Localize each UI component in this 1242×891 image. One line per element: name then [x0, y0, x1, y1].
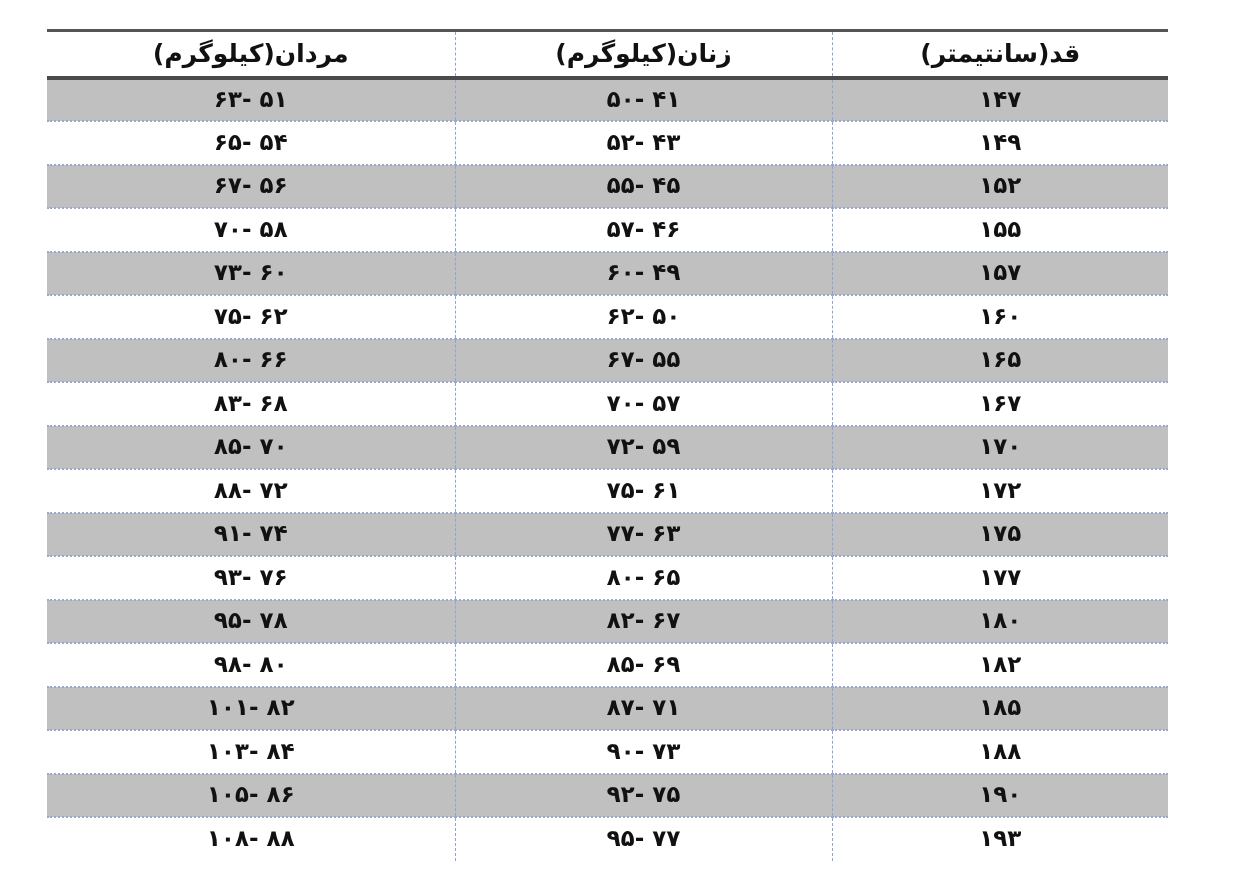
cell-height: ۱۷۲	[832, 469, 1168, 513]
table-body: ۱۴۷۴۱ -۵۰۵۱ -۶۳ ۱۴۹۴۳ -۵۲۵۴ -۶۵ ۱۵۲۴۵ -۵…	[47, 78, 1168, 861]
weight-height-table-container: قد(سانتیمتر) زنان(کیلوگرم) مردان(کیلوگرم…	[47, 29, 1168, 861]
cell-women: ۷۳ -۹۰	[455, 730, 832, 774]
table-row: ۱۷۷۶۵ -۸۰۷۶ -۹۳	[47, 556, 1168, 600]
table-row: ۱۷۵۶۳ -۷۷۷۴ -۹۱	[47, 513, 1168, 557]
table-row: ۱۵۵۴۶ -۵۷۵۸ -۷۰	[47, 208, 1168, 252]
cell-men: ۶۰ -۷۳	[47, 252, 455, 296]
cell-men: ۵۴ -۶۵	[47, 121, 455, 165]
cell-height: ۱۹۳	[832, 817, 1168, 861]
cell-men: ۷۰ -۸۵	[47, 426, 455, 470]
table-row: ۱۶۷۵۷ -۷۰۶۸ -۸۳	[47, 382, 1168, 426]
table-row: ۱۵۲۴۵ -۵۵۵۶ -۶۷	[47, 165, 1168, 209]
table-row: ۱۵۷۴۹ -۶۰۶۰ -۷۳	[47, 252, 1168, 296]
header-height-cm: قد(سانتیمتر)	[832, 31, 1168, 78]
cell-height: ۱۵۷	[832, 252, 1168, 296]
table-row: ۱۴۷۴۱ -۵۰۵۱ -۶۳	[47, 78, 1168, 122]
cell-height: ۱۶۷	[832, 382, 1168, 426]
cell-height: ۱۷۰	[832, 426, 1168, 470]
cell-men: ۸۸ -۱۰۸	[47, 817, 455, 861]
cell-women: ۴۳ -۵۲	[455, 121, 832, 165]
cell-men: ۶۲ -۷۵	[47, 295, 455, 339]
table-row: ۱۶۵۵۵ -۶۷۶۶ -۸۰	[47, 339, 1168, 383]
table-row: ۱۹۰۷۵ -۹۲۸۶ -۱۰۵	[47, 774, 1168, 818]
cell-height: ۱۴۷	[832, 78, 1168, 122]
table-header: قد(سانتیمتر) زنان(کیلوگرم) مردان(کیلوگرم…	[47, 31, 1168, 78]
cell-women: ۵۹ -۷۲	[455, 426, 832, 470]
cell-women: ۷۱ -۸۷	[455, 687, 832, 731]
table-row: ۱۹۳۷۷ -۹۵۸۸ -۱۰۸	[47, 817, 1168, 861]
cropped-text-line	[454, 884, 1234, 891]
cell-height: ۱۶۰	[832, 295, 1168, 339]
cell-men: ۸۲ -۱۰۱	[47, 687, 455, 731]
cell-height: ۱۸۰	[832, 600, 1168, 644]
cell-women: ۴۱ -۵۰	[455, 78, 832, 122]
table-row: ۱۴۹۴۳ -۵۲۵۴ -۶۵	[47, 121, 1168, 165]
cell-women: ۷۵ -۹۲	[455, 774, 832, 818]
cell-women: ۶۷ -۸۲	[455, 600, 832, 644]
cell-height: ۱۵۲	[832, 165, 1168, 209]
cell-women: ۵۷ -۷۰	[455, 382, 832, 426]
table-row: ۱۷۲۶۱ -۷۵۷۲ -۸۸	[47, 469, 1168, 513]
cell-men: ۶۸ -۸۳	[47, 382, 455, 426]
cell-women: ۵۵ -۶۷	[455, 339, 832, 383]
cell-women: ۶۵ -۸۰	[455, 556, 832, 600]
cell-height: ۱۸۵	[832, 687, 1168, 731]
table-row: ۱۶۰۵۰ -۶۲۶۲ -۷۵	[47, 295, 1168, 339]
cell-height: ۱۷۷	[832, 556, 1168, 600]
cell-women: ۷۷ -۹۵	[455, 817, 832, 861]
cell-men: ۵۶ -۶۷	[47, 165, 455, 209]
weight-height-table: قد(سانتیمتر) زنان(کیلوگرم) مردان(کیلوگرم…	[47, 29, 1168, 861]
cell-men: ۷۶ -۹۳	[47, 556, 455, 600]
cell-men: ۸۶ -۱۰۵	[47, 774, 455, 818]
cell-men: ۷۸ -۹۵	[47, 600, 455, 644]
header-women-kg: زنان(کیلوگرم)	[455, 31, 832, 78]
cell-men: ۵۱ -۶۳	[47, 78, 455, 122]
table-row: ۱۸۰۶۷ -۸۲۷۸ -۹۵	[47, 600, 1168, 644]
cell-women: ۶۱ -۷۵	[455, 469, 832, 513]
cell-height: ۱۸۲	[832, 643, 1168, 687]
cell-women: ۴۹ -۶۰	[455, 252, 832, 296]
cell-height: ۱۶۵	[832, 339, 1168, 383]
table-row: ۱۸۵۷۱ -۸۷۸۲ -۱۰۱	[47, 687, 1168, 731]
cell-women: ۶۹ -۸۵	[455, 643, 832, 687]
cell-height: ۱۴۹	[832, 121, 1168, 165]
cell-men: ۸۰ -۹۸	[47, 643, 455, 687]
header-men-kg: مردان(کیلوگرم)	[47, 31, 455, 78]
cell-height: ۱۹۰	[832, 774, 1168, 818]
table-row: ۱۸۸۷۳ -۹۰۸۴ -۱۰۳	[47, 730, 1168, 774]
table-row: ۱۷۰۵۹ -۷۲۷۰ -۸۵	[47, 426, 1168, 470]
cell-height: ۱۸۸	[832, 730, 1168, 774]
cell-men: ۷۴ -۹۱	[47, 513, 455, 557]
cell-height: ۱۷۵	[832, 513, 1168, 557]
cell-height: ۱۵۵	[832, 208, 1168, 252]
cell-men: ۶۶ -۸۰	[47, 339, 455, 383]
table-row: ۱۸۲۶۹ -۸۵۸۰ -۹۸	[47, 643, 1168, 687]
header-row: قد(سانتیمتر) زنان(کیلوگرم) مردان(کیلوگرم…	[47, 31, 1168, 78]
cell-women: ۴۵ -۵۵	[455, 165, 832, 209]
cell-women: ۴۶ -۵۷	[455, 208, 832, 252]
cell-women: ۶۳ -۷۷	[455, 513, 832, 557]
cell-men: ۵۸ -۷۰	[47, 208, 455, 252]
cell-men: ۷۲ -۸۸	[47, 469, 455, 513]
cell-women: ۵۰ -۶۲	[455, 295, 832, 339]
cell-men: ۸۴ -۱۰۳	[47, 730, 455, 774]
